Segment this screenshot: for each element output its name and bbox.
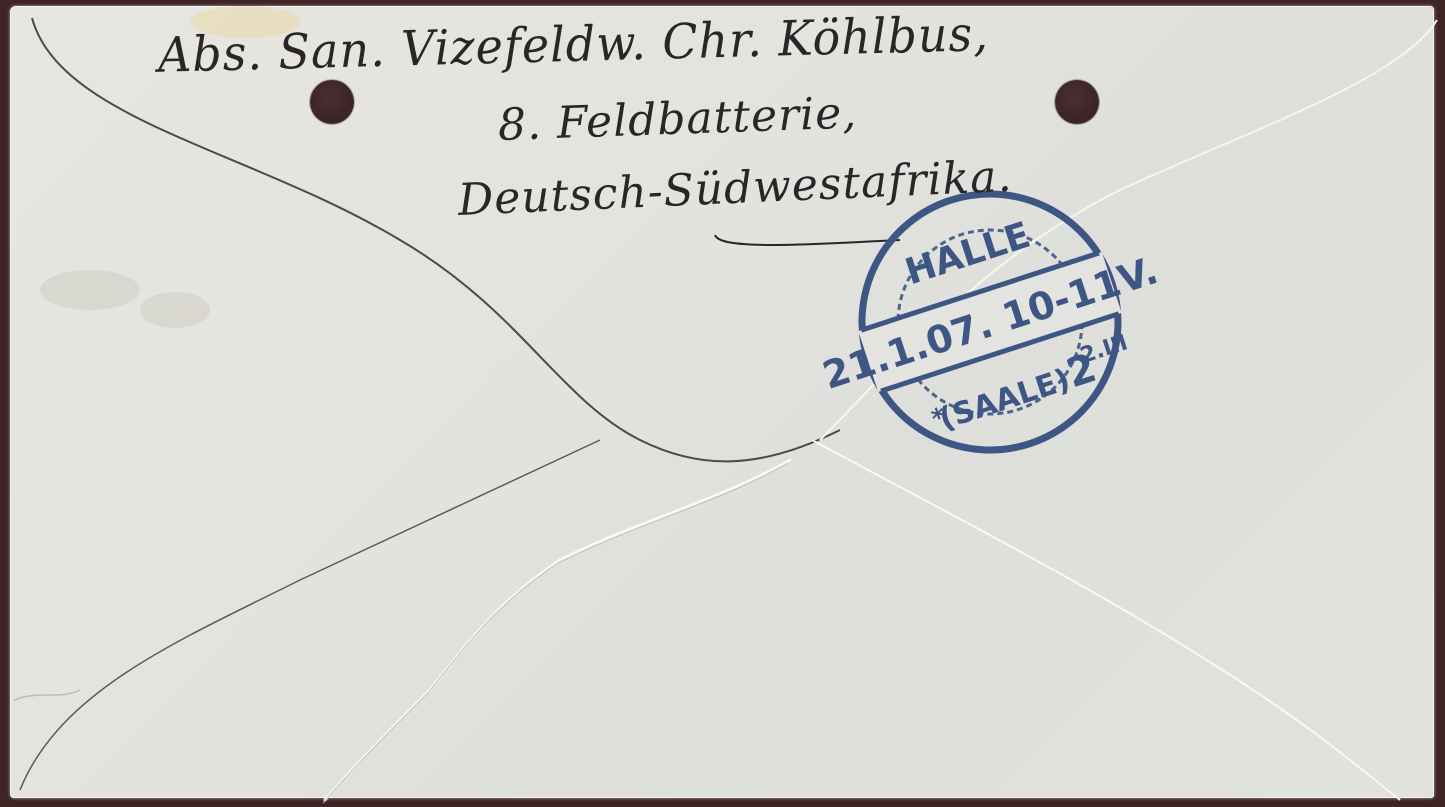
postmark-code: 2.III (1077, 330, 1131, 369)
stain-left-2 (140, 292, 210, 328)
edge-tear-left (14, 690, 80, 700)
handwriting-underline (715, 235, 900, 245)
envelope-photo: HALLE 21.1.07. 10-11V. (SAALE) * 2 2.III… (0, 0, 1445, 807)
stain-left-1 (40, 270, 140, 310)
punch-hole-right (1055, 80, 1099, 124)
punch-hole-left (310, 80, 354, 124)
paper-tear-shadow (323, 463, 788, 803)
right-flap-crease (812, 440, 1400, 800)
postmark-sub: (SAALE) (935, 362, 1074, 437)
paper-tear (325, 460, 790, 800)
left-flap-edge (20, 440, 600, 790)
